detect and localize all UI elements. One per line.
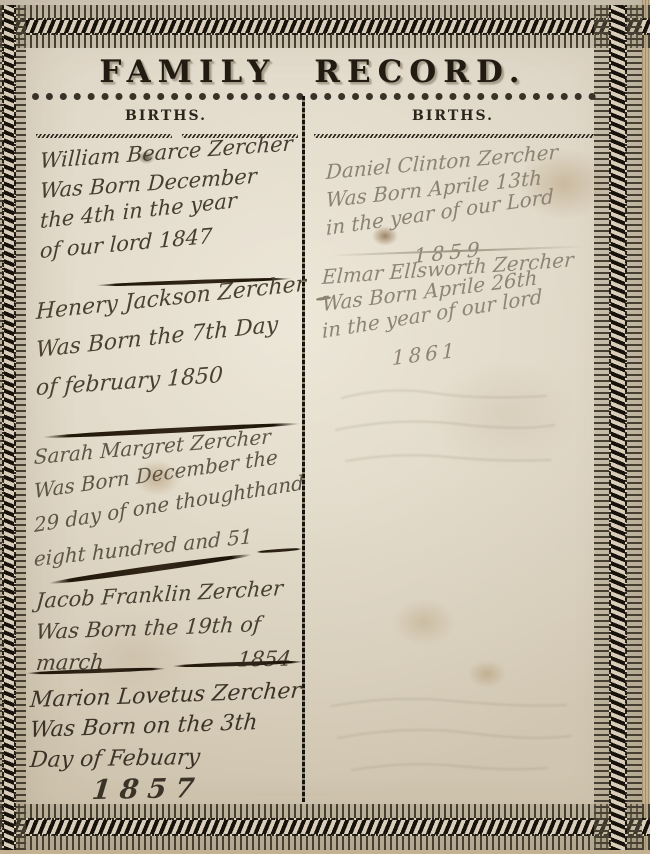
entry-line-year: 1861 <box>392 323 573 372</box>
birth-entry-henery: Henery Jackson Zercher Was Born the 7th … <box>36 294 307 408</box>
birth-entry-marion: Marion Lovetus Zercher Was Born on the 3… <box>30 686 301 806</box>
birth-entry-elmar: Elmar Ellsworth Zercher Was Born Aprile … <box>322 264 574 372</box>
entry-line: Day of Febuary <box>28 741 302 776</box>
entry-line-year: 1854 <box>236 644 293 676</box>
entry-line-year: 1857 <box>90 772 302 806</box>
family-record-page: FAMILY RECORD. BIRTHS. BIRTHS. William B… <box>0 0 650 854</box>
birth-entry-william: William Bearce Zercher Was Born December… <box>40 146 293 266</box>
birth-entry-sarah: Sarah Margret Zercher Was Born December … <box>34 440 307 576</box>
